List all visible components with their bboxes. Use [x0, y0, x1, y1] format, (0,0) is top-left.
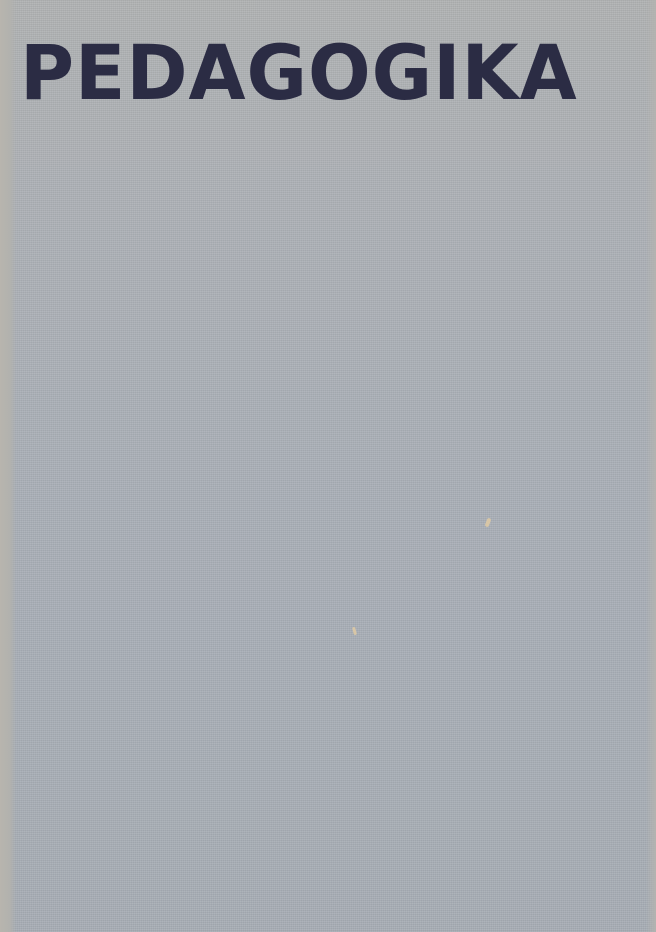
- book-cover: PEDAGOGIKA: [0, 0, 656, 932]
- book-title: PEDAGOGIKA: [20, 28, 621, 118]
- cloth-blemish: [485, 518, 492, 528]
- cloth-blemish: [352, 627, 357, 636]
- spine-edge: [0, 0, 16, 932]
- cover-right-edge: [646, 0, 656, 932]
